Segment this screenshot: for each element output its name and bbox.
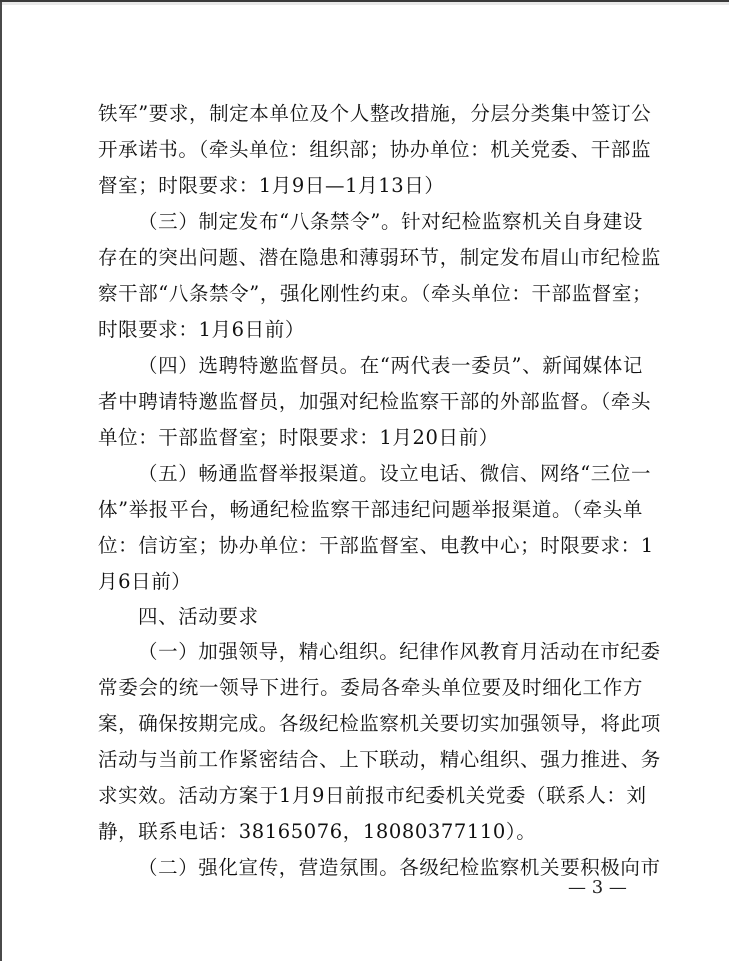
text-line: 单位：干部监督室；时限要求：1月20日前） (98, 420, 643, 456)
section-item-3-title: （三）制定发布“八条禁令”。针对纪检监察机关自身建设 (98, 204, 643, 240)
text-line: 者中聘请特邀监督员，加强对纪检监察干部的外部监督。（牵头 (98, 384, 643, 420)
text-line: 求实效。活动方案于1月9日前报市纪委机关党委（联系人：刘 (98, 778, 643, 814)
section-item-4-title: （四）选聘特邀监督员。在“两代表一委员”、新闻媒体记 (98, 348, 643, 384)
document-page: 铁军”要求，制定本单位及个人整改措施，分层分类集中签订公 开承诺书。（牵头单位：… (98, 96, 643, 886)
text-line: 察干部“八条禁令”，强化刚性约束。（牵头单位：干部监督室； (98, 276, 643, 312)
page-number: — 3 — (568, 878, 627, 898)
text-line: 时限要求：1月6日前） (98, 312, 643, 348)
text-line: 体”举报平台，畅通纪检监察干部违纪问题举报渠道。（牵头单 (98, 492, 643, 528)
text-line: 案，确保按期完成。各级纪检监察机关要切实加强领导，将此项 (98, 706, 643, 742)
requirement-1-title: （一）加强领导，精心组织。纪律作风教育月活动在市纪委 (98, 634, 643, 670)
text-line: 月6日前） (98, 564, 643, 600)
section-item-5-title: （五）畅通监督举报渠道。设立电话、微信、网络“三位一 (98, 456, 643, 492)
window-left-border (0, 0, 2, 961)
toolbar-shadow (2, 2, 729, 5)
text-line: 开承诺书。（牵头单位：组织部；协办单位：机关党委、干部监 (98, 132, 643, 168)
text-line: 活动与当前工作紧密结合、上下联动，精心组织、强力推进、务 (98, 742, 643, 778)
section-heading-4: 四、活动要求 (98, 600, 643, 634)
requirement-2-title: （二）强化宣传，营造氛围。各级纪检监察机关要积极向市 (98, 850, 643, 886)
text-line: 铁军”要求，制定本单位及个人整改措施，分层分类集中签订公 (98, 96, 643, 132)
text-line: 督室；时限要求：1月9日—1月13日） (98, 168, 643, 204)
text-line: 常委会的统一领导下进行。委局各牵头单位要及时细化工作方 (98, 670, 643, 706)
contact-info-line: 静，联系电话：38165076，18080377110）。 (98, 814, 643, 850)
text-line: 存在的突出问题、潜在隐患和薄弱环节，制定发布眉山市纪检监 (98, 240, 643, 276)
text-line: 位：信访室；协办单位：干部监督室、电教中心；时限要求：1 (98, 528, 643, 564)
